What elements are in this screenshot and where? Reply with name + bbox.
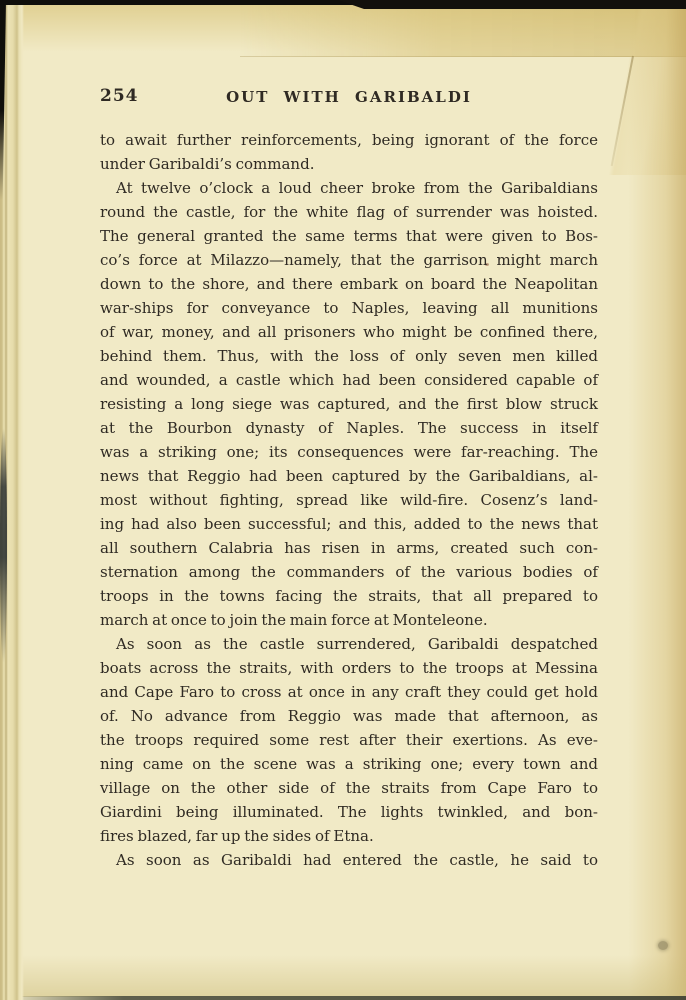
paragraph: As soon as the castle surrendered, Garib… [100,632,598,848]
text-line: at the Bourbon dynasty of Naples. The su… [100,416,598,440]
text-line: all southern Calabria has risen in arms,… [100,536,598,560]
text-line: village on the other side of the straits… [100,776,598,800]
page-bottom-edge-line [0,996,686,1000]
text-line: behind them. Thus, with the loss of only… [100,344,598,368]
scanned-book-page: 254 OUT WITH GARIBALDI to await further … [0,0,686,1000]
text-line: war-ships for conveyance to Naples, leav… [100,296,598,320]
text-line: news that Reggio had been captured by th… [100,464,598,488]
text-line: to await further reinforcements, being i… [100,128,598,152]
text-line: under Garibaldi’s command. [100,152,598,176]
paragraph: As soon as Garibaldi had entered the cas… [100,848,598,872]
page-bottom-edge-band [0,955,686,997]
scan-edge-top-right [338,0,686,9]
text-line: fires blazed, far up the sides of Etna. [100,824,598,848]
page-right-shadow [628,0,686,1000]
text-line: of war, money, and all prisoners who mig… [100,320,598,344]
paragraph: At twelve o’clock a loud cheer broke fro… [100,176,598,632]
text-line: resisting a long siege was captured, and… [100,392,598,416]
page-content: 254 OUT WITH GARIBALDI to await further … [100,86,598,872]
text-line: most without fighting, spread like wild-… [100,488,598,512]
text-line: march at once to join the main force at … [100,608,598,632]
paper-speck [658,941,668,950]
text-line: ing had also been successful; and this, … [100,512,598,536]
text-line: of. No advance from Reggio was made that… [100,704,598,728]
text-line: As soon as Garibaldi had entered the cas… [100,848,598,872]
page-body: to await further reinforcements, being i… [100,128,598,872]
text-line: The general granted the same terms that … [100,224,598,248]
text-line: and wounded, a castle which had been con… [100,368,598,392]
running-title: OUT WITH GARIBALDI [100,86,598,106]
text-line: troops in the towns facing the straits, … [100,584,598,608]
text-line: ning came on the scene was a striking on… [100,752,598,776]
text-line: Giardini being illuminated. The lights t… [100,800,598,824]
text-line: sternation among the commanders of the v… [100,560,598,584]
text-line: At twelve o’clock a loud cheer broke fro… [100,176,598,200]
text-line: down to the shore, and there embark on b… [100,272,598,296]
running-header: 254 OUT WITH GARIBALDI [100,86,598,106]
text-line: boats across the straits, with orders to… [100,656,598,680]
text-line: As soon as the castle surrendered, Garib… [100,632,598,656]
paragraph: to await further reinforcements, being i… [100,128,598,176]
text-line: the troops required some rest after thei… [100,728,598,752]
scan-edge-left-dark-patch [0,428,7,663]
text-line: was a striking one; its consequences wer… [100,440,598,464]
page-number: 254 [100,86,139,106]
text-line: round the castle, for the white flag of … [100,200,598,224]
text-line: and Cape Faro to cross at once in any cr… [100,680,598,704]
text-line: co’s force at Milazzo—namely, that the g… [100,248,598,272]
